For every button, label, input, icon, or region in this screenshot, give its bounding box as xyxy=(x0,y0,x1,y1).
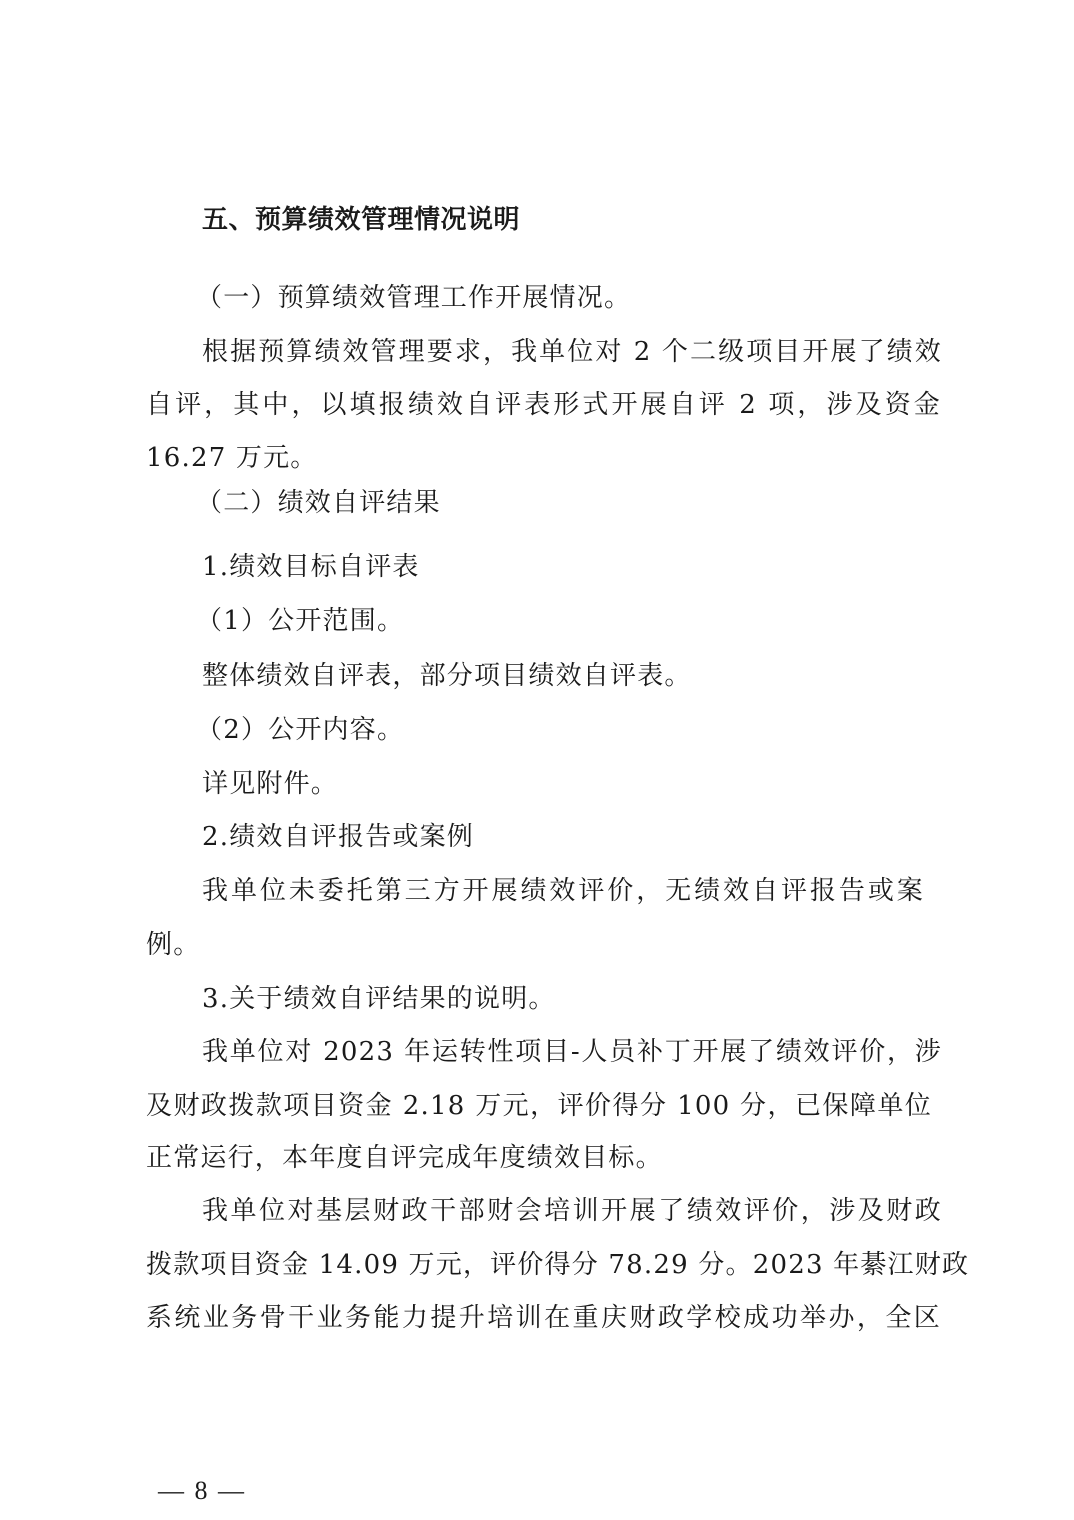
item-3-para-2-line-3: 系统业务骨干业务能力提升培训在重庆财政学校成功举办，全区 xyxy=(146,1301,941,1335)
item-2-para-line-1: 我单位未委托第三方开展绩效评价，无绩效自评报告或案 xyxy=(202,874,924,908)
item-1-title: 1.绩效目标自评表 xyxy=(202,550,420,584)
page-number: — 8 — xyxy=(158,1474,246,1508)
item-3-title: 3.关于绩效自评结果的说明。 xyxy=(202,982,556,1016)
subsection-1-title: （一）预算绩效管理工作开展情况。 xyxy=(196,281,631,315)
item-3-para-1-line-3: 正常运行，本年度自评完成年度绩效目标。 xyxy=(146,1141,663,1175)
item-1-content-label: （2）公开内容。 xyxy=(196,713,404,747)
subsection-1-para-line-2: 自评，其中，以填报绩效自评表形式开展自评 2 项，涉及资金 xyxy=(146,388,941,422)
item-2-para-line-2: 例。 xyxy=(146,928,200,962)
item-3-para-2-line-1: 我单位对基层财政干部财会培训开展了绩效评价，涉及财政 xyxy=(202,1194,942,1228)
item-3-para-1-line-1: 我单位对 2023 年运转性项目-人员补丁开展了绩效评价，涉 xyxy=(202,1035,942,1069)
item-1-scope-label: （1）公开范围。 xyxy=(196,604,404,638)
document-page: 五、预算绩效管理情况说明 （一）预算绩效管理工作开展情况。 根据预算绩效管理要求… xyxy=(0,0,1074,1520)
subsection-1-para-line-1: 根据预算绩效管理要求，我单位对 2 个二级项目开展了绩效 xyxy=(202,335,942,369)
item-3-para-2-line-2: 拨款项目资金 14.09 万元，评价得分 78.29 分。2023 年綦江财政 xyxy=(146,1248,941,1282)
item-3-para-1-line-2: 及财政拨款项目资金 2.18 万元，评价得分 100 分，已保障单位 xyxy=(146,1089,932,1123)
item-2-title: 2.绩效自评报告或案例 xyxy=(202,820,474,854)
item-1-scope-text: 整体绩效自评表，部分项目绩效自评表。 xyxy=(202,659,692,693)
subsection-2-title: （二）绩效自评结果 xyxy=(196,486,441,520)
section-heading: 五、预算绩效管理情况说明 xyxy=(202,203,520,237)
item-1-content-text: 详见附件。 xyxy=(202,767,338,801)
subsection-1-para-line-3: 16.27 万元。 xyxy=(146,441,318,475)
